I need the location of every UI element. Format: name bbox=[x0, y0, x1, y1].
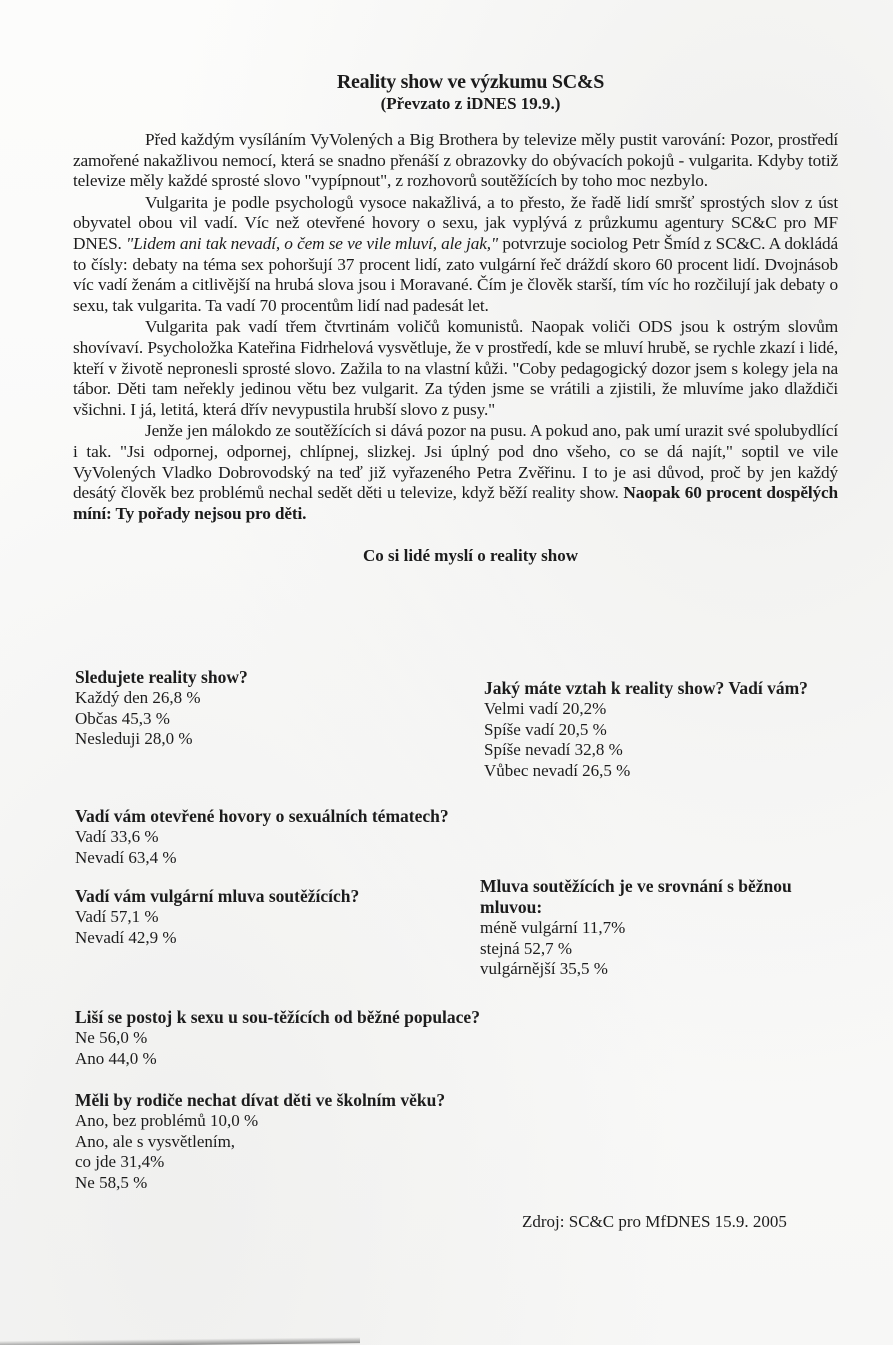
answer-result: Ne 58,5 % bbox=[75, 1173, 515, 1194]
question-title: Vadí vám otevřené hovory o sexuálních té… bbox=[75, 806, 515, 827]
document-title: Reality show ve výzkumu SC&S bbox=[73, 70, 838, 94]
answer-result: Nevadí 63,4 % bbox=[75, 848, 515, 869]
answer-result: Spíše nevadí 32,8 % bbox=[484, 740, 814, 761]
article-paragraph: Vulgarita pak vadí třem čtvrtinám voličů… bbox=[73, 317, 838, 420]
answer-result: Vadí 57,1 % bbox=[75, 907, 455, 928]
survey-question-watch: Sledujete reality show?Každý den 26,8 %O… bbox=[75, 667, 455, 750]
quote-text: "Lidem ani tak nevadí, o čem se ve vile … bbox=[126, 234, 498, 253]
document-subtitle: (Převzato z iDNES 19.9.) bbox=[73, 94, 838, 114]
answer-result: Ano, ale s vysvětlením, bbox=[75, 1132, 515, 1153]
paragraph-text: Vulgarita pak vadí třem čtvrtinám voličů… bbox=[73, 317, 838, 418]
article-paragraph: Jenže jen málokdo ze soutěžících si dává… bbox=[73, 421, 838, 524]
answer-result: Ano, bez problémů 10,0 % bbox=[75, 1111, 515, 1132]
document-body: Reality show ve výzkumu SC&S (Převzato z… bbox=[73, 70, 838, 566]
answer-result: Ne 56,0 % bbox=[75, 1028, 535, 1049]
answer-result: méně vulgární 11,7% bbox=[480, 918, 840, 939]
survey-question-sex-talk: Vadí vám otevřené hovory o sexuálních té… bbox=[75, 806, 515, 868]
answer-result: Každý den 26,8 % bbox=[75, 688, 455, 709]
answer-result: Nesleduji 28,0 % bbox=[75, 729, 455, 750]
answer-result: Nevadí 42,9 % bbox=[75, 928, 455, 949]
answer-result: co jde 31,4% bbox=[75, 1152, 515, 1173]
article-paragraph: Vulgarita je podle psychologů vysoce nak… bbox=[73, 193, 838, 317]
survey-question-vulgar-speech: Vadí vám vulgární mluva soutěžících?Vadí… bbox=[75, 886, 455, 948]
answer-result: vulgárnější 35,5 % bbox=[480, 959, 840, 980]
article-paragraph: Před každým vysíláním VyVolených a Big B… bbox=[73, 130, 838, 192]
question-title: Jaký máte vztah k reality show? Vadí vám… bbox=[484, 678, 814, 699]
question-title: Mluva soutěžících je ve srovnání s běžno… bbox=[480, 876, 840, 918]
survey-source: Zdroj: SC&C pro MfDNES 15.9. 2005 bbox=[522, 1212, 787, 1232]
question-title: Sledujete reality show? bbox=[75, 667, 455, 688]
answer-result: Vůbec nevadí 26,5 % bbox=[484, 761, 814, 782]
survey-question-speech-comparison: Mluva soutěžících je ve srovnání s běžno… bbox=[480, 876, 840, 980]
paragraph-text: Před každým vysíláním VyVolených a Big B… bbox=[73, 130, 838, 190]
answer-result: Velmi vadí 20,2% bbox=[484, 699, 814, 720]
answer-result: stejná 52,7 % bbox=[480, 939, 840, 960]
question-title: Vadí vám vulgární mluva soutěžících? bbox=[75, 886, 455, 907]
question-title: Liší se postoj k sexu u sou-těžících od … bbox=[75, 1007, 535, 1028]
page-edge-shadow bbox=[0, 1337, 360, 1345]
survey-heading: Co si lidé myslí o reality show bbox=[73, 546, 838, 566]
article: Před každým vysíláním VyVolených a Big B… bbox=[73, 130, 838, 524]
survey-question-attitude: Jaký máte vztah k reality show? Vadí vám… bbox=[484, 678, 814, 781]
survey-question-sex-attitude: Liší se postoj k sexu u sou-těžících od … bbox=[75, 1007, 535, 1069]
answer-result: Ano 44,0 % bbox=[75, 1049, 535, 1070]
question-title: Měli by rodiče nechat dívat děti ve škol… bbox=[75, 1090, 515, 1111]
survey-question-children: Měli by rodiče nechat dívat děti ve škol… bbox=[75, 1090, 515, 1193]
answer-result: Vadí 33,6 % bbox=[75, 827, 515, 848]
answer-result: Spíše vadí 20,5 % bbox=[484, 720, 814, 741]
answer-result: Občas 45,3 % bbox=[75, 709, 455, 730]
